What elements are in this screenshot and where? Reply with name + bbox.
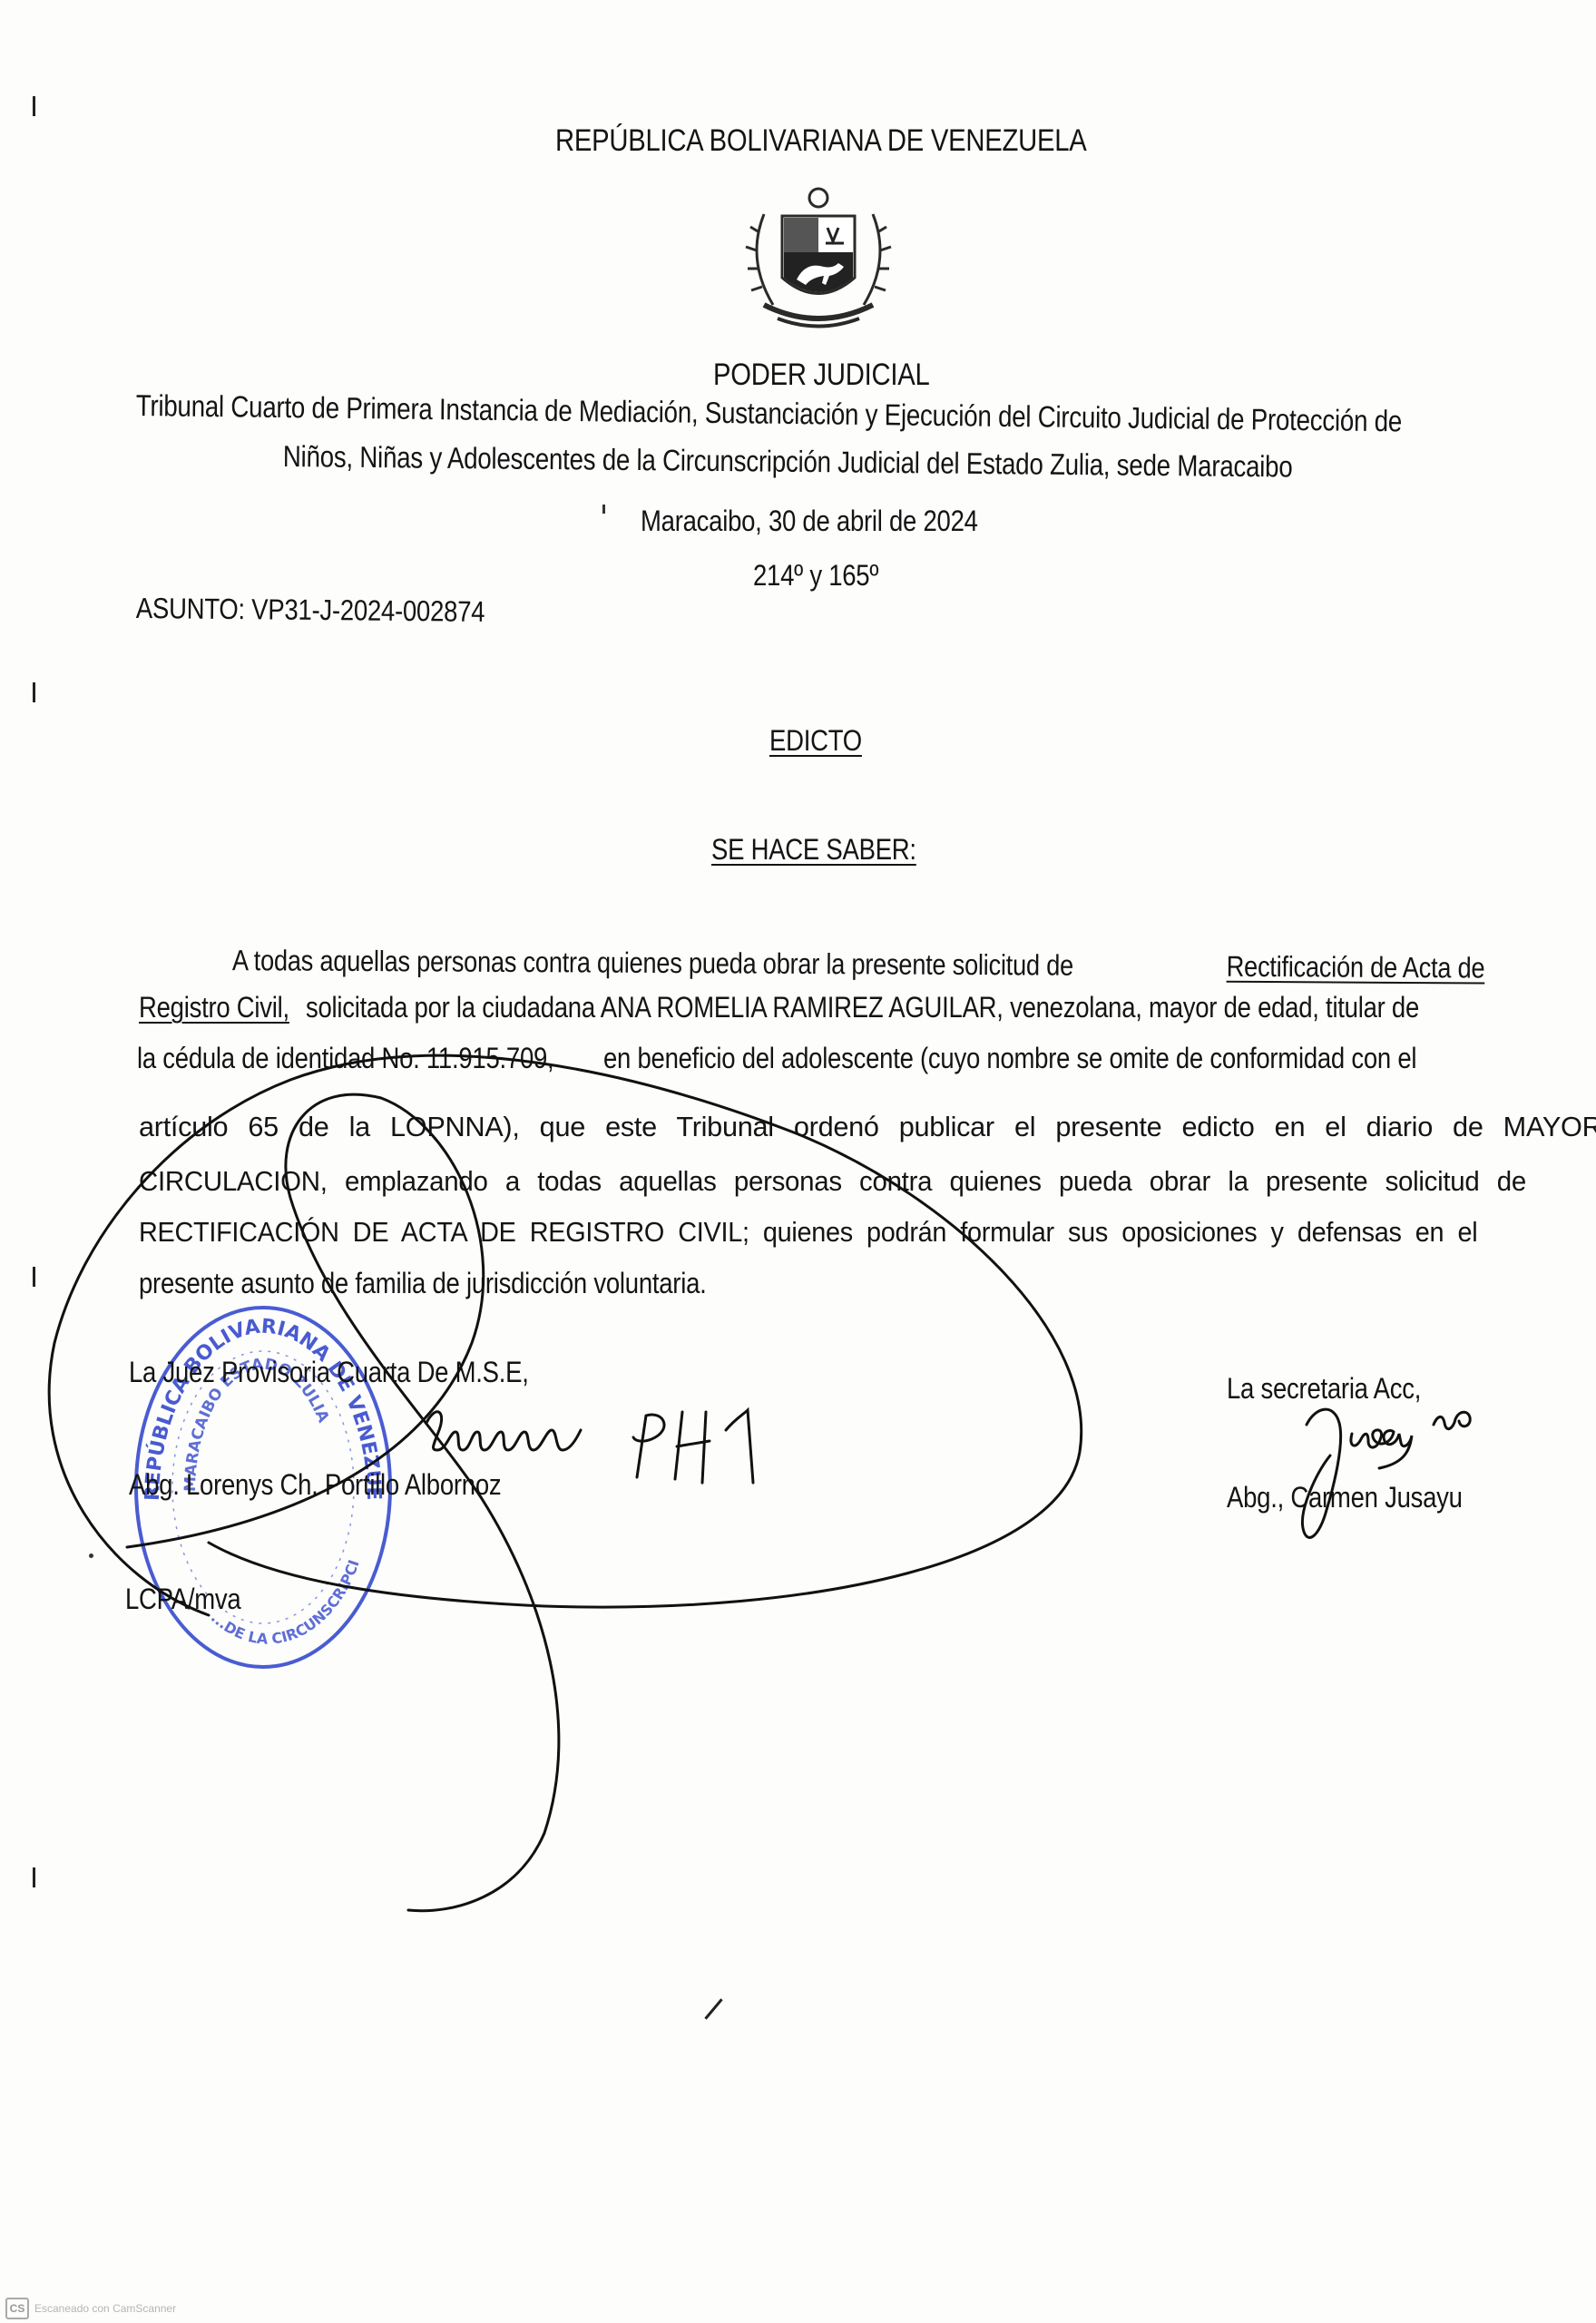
camscanner-logo-icon: CS [5,2298,29,2319]
scanner-text: Escaneado con CamScanner [34,2302,176,2315]
stray-dot [89,1554,93,1558]
handwritten-signatures [0,0,1596,2323]
scanner-watermark: CS Escaneado con CamScanner [5,2298,176,2319]
